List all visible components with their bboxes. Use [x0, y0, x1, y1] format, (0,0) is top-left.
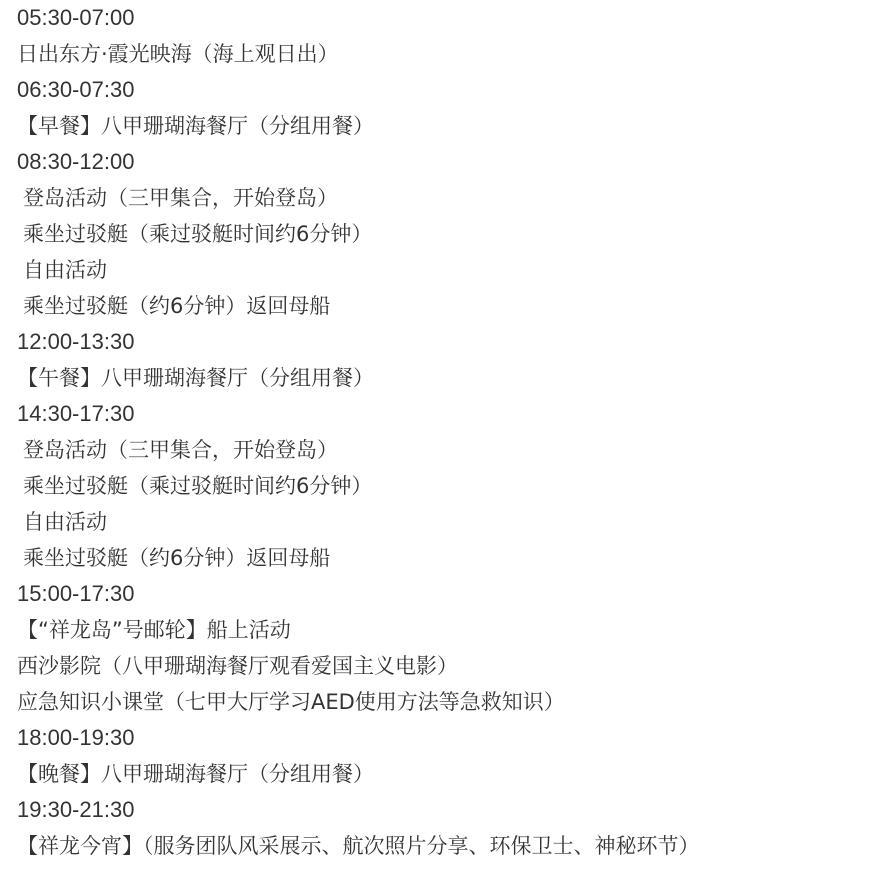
activity-first-aid-class: 应急知识小课堂（七甲大厅学习AED使用方法等急救知识）: [17, 684, 700, 720]
activity-evening-show: 【祥龙今宵】（服务团队风采展示、航次照片分享、环保卫士、神秘环节）: [17, 828, 700, 864]
time-slot-1430-1730: 14:30-17:30: [17, 396, 700, 432]
time-slot-1500-1730: 15:00-17:30: [17, 576, 700, 612]
time-slot-1930-2130: 19:30-21:30: [17, 792, 700, 828]
time-slot-1200-1330: 12:00-13:30: [17, 324, 700, 360]
time-slot-0830-1200: 08:30-12:00: [17, 144, 700, 180]
activity-cinema: 西沙影院（八甲珊瑚海餐厅观看爱国主义电影）: [17, 648, 700, 684]
activity-free-time-pm: 自由活动: [17, 504, 700, 540]
activity-onboard: 【“祥龙岛”号邮轮】船上活动: [17, 612, 700, 648]
activity-island-landing-pm: 登岛活动（三甲集合，开始登岛）: [17, 432, 700, 468]
activity-ferry-boat-pm: 乘坐过驳艇（乘过驳艇时间约6分钟）: [17, 468, 700, 504]
activity-free-time-am: 自由活动: [17, 252, 700, 288]
activity-breakfast: 【早餐】八甲珊瑚海餐厅（分组用餐）: [17, 108, 700, 144]
activity-return-ship-am: 乘坐过驳艇（约6分钟）返回母船: [17, 288, 700, 324]
time-slot-0530-0700: 05:30-07:00: [17, 0, 700, 36]
time-slot-1800-1930: 18:00-19:30: [17, 720, 700, 756]
activity-return-ship-pm: 乘坐过驳艇（约6分钟）返回母船: [17, 540, 700, 576]
itinerary-schedule: 05:30-07:00 日出东方·霞光映海（海上观日出） 06:30-07:30…: [17, 0, 700, 864]
activity-dinner: 【晚餐】八甲珊瑚海餐厅（分组用餐）: [17, 756, 700, 792]
activity-island-landing-am: 登岛活动（三甲集合，开始登岛）: [17, 180, 700, 216]
activity-sunrise: 日出东方·霞光映海（海上观日出）: [17, 36, 700, 72]
activity-lunch: 【午餐】八甲珊瑚海餐厅（分组用餐）: [17, 360, 700, 396]
activity-ferry-boat-am: 乘坐过驳艇（乘过驳艇时间约6分钟）: [17, 216, 700, 252]
time-slot-0630-0730: 06:30-07:30: [17, 72, 700, 108]
